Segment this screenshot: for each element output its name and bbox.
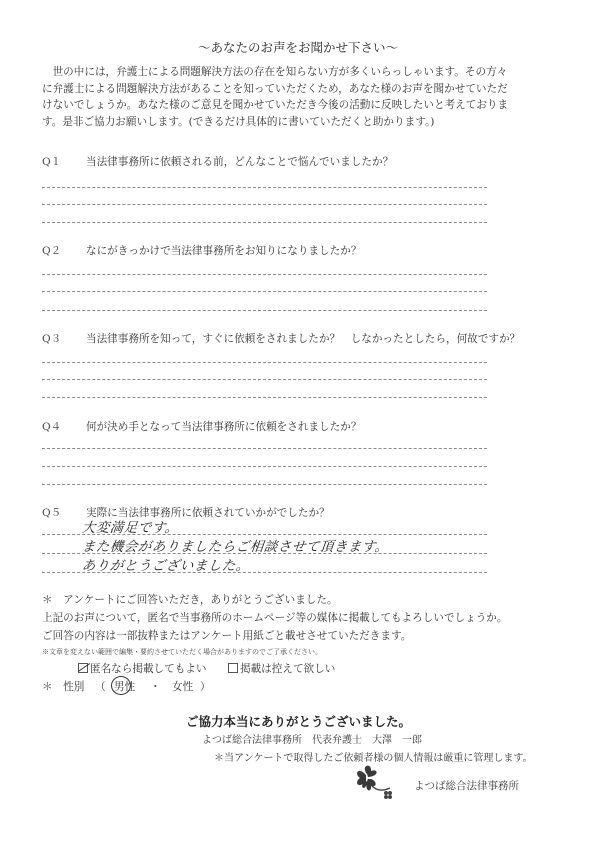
answer-line[interactable] <box>42 448 487 449</box>
question-text: 当法律事務所に依頼される前，どんなことで悩んでいましたか？ <box>86 154 393 169</box>
publish-question: 上記のお声について，匿名で当事務所のホームページ等の媒体に掲載してもよろしいでし… <box>42 610 508 625</box>
answer-line[interactable] <box>42 484 487 485</box>
gender-close-paren: ） <box>200 679 211 694</box>
answer-line[interactable] <box>42 222 487 223</box>
edit-note: ※文章を変えない範囲で編集・要約させていただく場合がありますのでご了承ください。 <box>42 647 322 657</box>
answer-line[interactable] <box>42 379 487 380</box>
gender-open-paren: （ <box>95 679 106 694</box>
handwritten-answer-line: また機会がありましたらご相談させて頂きます。 <box>81 535 390 555</box>
handwritten-answer-line: 大変満足です。 <box>81 516 180 536</box>
question-number: Q４ <box>42 419 61 434</box>
option-anonymous[interactable]: 匿名なら掲載してもよい <box>78 661 207 676</box>
answer-line[interactable] <box>42 291 487 292</box>
answer-line[interactable] <box>42 466 487 467</box>
option-decline-label: 掲載は控えて欲しい <box>240 663 335 675</box>
thanks-line: ＊ アンケートにご回答いただき，ありがとうございました。 <box>42 592 338 607</box>
checkbox-decline[interactable] <box>228 663 238 673</box>
checkbox-anonymous[interactable] <box>78 663 88 673</box>
answer-line[interactable] <box>42 204 487 205</box>
question-text: なにがきっかけで当法律事務所をお知りになりましたか？ <box>86 243 361 258</box>
option-anonymous-label: 匿名なら掲載してもよい <box>90 663 207 675</box>
gender-selected-circle <box>111 676 131 695</box>
four-leaf-clover-icon <box>352 762 402 812</box>
question-number: Q２ <box>42 243 61 258</box>
question-number: Q３ <box>42 331 61 346</box>
question-number: Q５ <box>42 505 61 520</box>
answer-line[interactable] <box>42 397 487 398</box>
question-text: 何が決め手となって当法律事務所に依頼をされましたか？ <box>86 419 361 434</box>
page-title: 〜あなたのお声をお聞かせ下さい〜 <box>0 38 596 56</box>
answer-line[interactable] <box>42 274 487 275</box>
signature: よつば総合法律事務所 代表弁護士 大澤 一郎 <box>202 731 422 746</box>
question-text: 当法律事務所を知って，すぐに依頼をされましたか？ しなかったとしたら，何故ですか… <box>86 331 520 346</box>
logo-text: よつば総合法律事務所 <box>414 778 519 793</box>
answer-line[interactable] <box>42 362 487 363</box>
handwritten-answer-line: ありがとうございました。 <box>81 554 251 574</box>
question-number: Q１ <box>42 154 61 169</box>
gender-option-female[interactable]: 女性 <box>172 679 193 694</box>
answer-line[interactable] <box>42 187 487 188</box>
intro-paragraph: 世の中には，弁護士による問題解決方法の存在を知らない方が多くいらっしゃいます。そ… <box>42 64 512 130</box>
publish-note: ご回答の内容は一部抜粋またはアンケート用紙ごと載せさせていただきます。 <box>42 628 411 643</box>
gender-label: ＊ 性別 <box>42 679 84 694</box>
gender-separator: ・ <box>150 679 161 694</box>
answer-line[interactable] <box>42 310 487 311</box>
footer-thanks: ご協力本当にありがとうございました。 <box>186 712 411 730</box>
option-decline[interactable]: 掲載は控えて欲しい <box>228 661 335 676</box>
